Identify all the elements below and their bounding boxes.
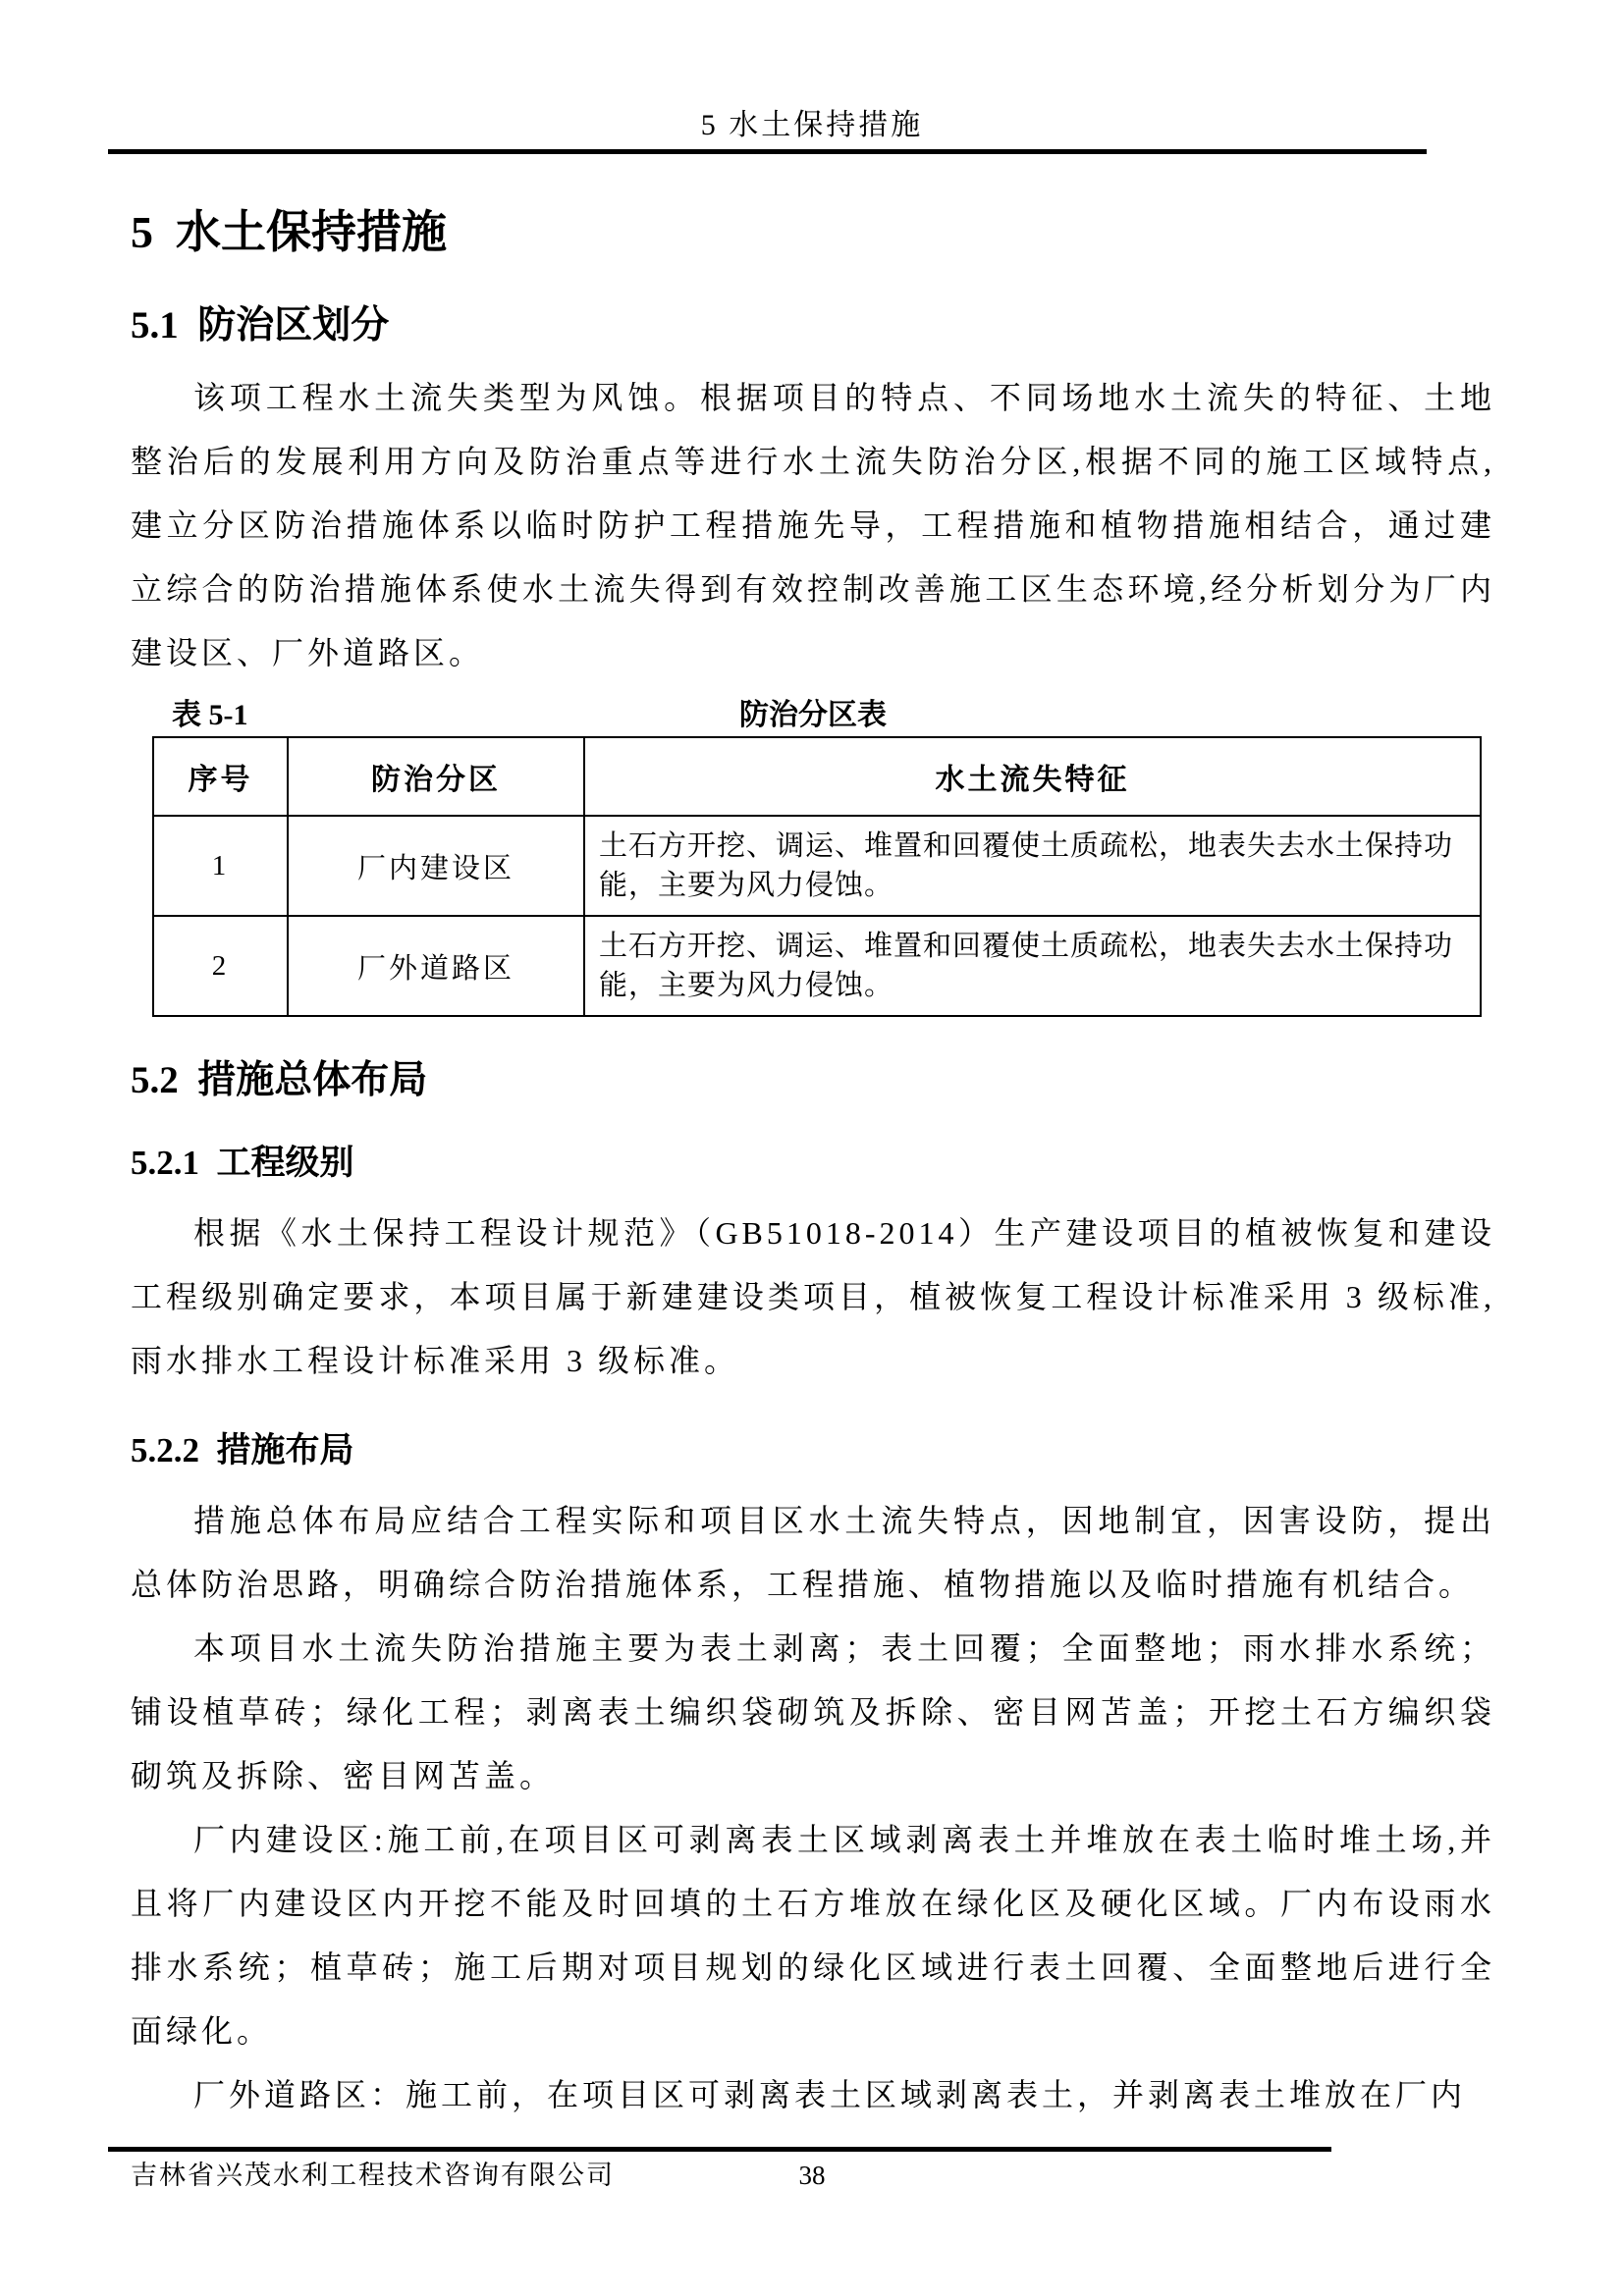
column-header-no: 序号: [153, 737, 288, 816]
section-5-2-2-paragraph-1: 措施总体布局应结合工程实际和项目区水土流失特点，因地制宜，因害设防，提出总体防治…: [131, 1489, 1495, 1617]
zoning-table: 序号 防治分区 水土流失特征 1 厂内建设区 土石方开挖、调运、堆置和回覆使土质…: [152, 736, 1482, 1017]
cell-row2-feature: 土石方开挖、调运、堆置和回覆使土质疏松，地表失去水土保持功能，主要为风力侵蚀。: [584, 916, 1481, 1016]
cell-row2-no: 2: [153, 916, 288, 1016]
table-row: 2 厂外道路区 土石方开挖、调运、堆置和回覆使土质疏松，地表失去水土保持功能，主…: [153, 916, 1481, 1016]
table-caption-row: 表 5-1 防治分区表: [131, 695, 1495, 736]
section-5-2-2-paragraph-4: 厂外道路区：施工前，在项目区可剥离表土区域剥离表土，并剥离表土堆放在厂内: [131, 2063, 1495, 2127]
section-5-2-2-title: 5.2.2 措施布局: [131, 1428, 1495, 1473]
section-5-2-2-paragraph-2: 本项目水土流失防治措施主要为表土剥离；表土回覆；全面整地；雨水排水系统；铺设植草…: [131, 1617, 1495, 1808]
document-page: 5 水土保持措施 5 水土保持措施 5.1 防治区划分 该项工程水土流失类型为风…: [0, 0, 1624, 2296]
section-5-2-title: 5.2 措施总体布局: [131, 1056, 1495, 1105]
cell-row1-zone: 厂内建设区: [288, 816, 584, 916]
section-5-2-1-paragraph: 根据《水土保持工程设计规范》（GB51018-2014）生产建设项目的植被恢复和…: [131, 1201, 1495, 1393]
chapter-title: 5 水土保持措施: [131, 203, 1495, 262]
running-header-title: 5 水土保持措施: [0, 108, 1624, 143]
document-body: 5 水土保持措施 5.1 防治区划分 该项工程水土流失类型为风蚀。根据项目的特点…: [131, 154, 1495, 2127]
table-header-row: 序号 防治分区 水土流失特征: [153, 737, 1481, 816]
table-label: 表 5-1: [172, 695, 248, 736]
footer-rule: [108, 2147, 1331, 2152]
section-5-2-1-title: 5.2.1 工程级别: [131, 1141, 1495, 1186]
table-row: 1 厂内建设区 土石方开挖、调运、堆置和回覆使土质疏松，地表失去水土保持功能，主…: [153, 816, 1481, 916]
table-title: 防治分区表: [739, 699, 887, 731]
section-5-2-2-paragraph-3: 厂内建设区:施工前,在项目区可剥离表土区域剥离表土并堆放在表土临时堆土场,并且将…: [131, 1808, 1495, 2063]
cell-row2-zone: 厂外道路区: [288, 916, 584, 1016]
column-header-zone: 防治分区: [288, 737, 584, 816]
cell-row1-no: 1: [153, 816, 288, 916]
section-5-1-paragraph: 该项工程水土流失类型为风蚀。根据项目的特点、不同场地水土流失的特征、土地整治后的…: [131, 366, 1495, 685]
cell-row1-feature: 土石方开挖、调运、堆置和回覆使土质疏松，地表失去水土保持功能，主要为风力侵蚀。: [584, 816, 1481, 916]
page-number: 38: [0, 2156, 1624, 2195]
section-5-1-title: 5.1 防治区划分: [131, 301, 1495, 350]
column-header-feature: 水土流失特征: [584, 737, 1481, 816]
page-footer: 吉林省兴茂水利工程技术咨询有限公司 38: [0, 2156, 1624, 2195]
